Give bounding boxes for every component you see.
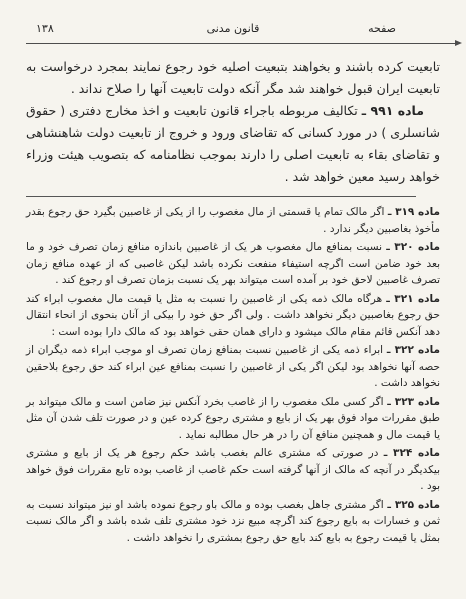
- article-number: ماده ۳۲۴ ـ: [384, 447, 440, 459]
- article-text: هرگاه مالک ذمه یکی از غاصبین را نسبت به …: [26, 293, 440, 338]
- article-text: اگر مالک تمام یا قسمتی از مال مغصوب را ا…: [26, 206, 440, 235]
- continuation-text: تابعیت کرده باشند و بخواهند بتبعیت اصلیه…: [26, 59, 440, 96]
- footnote-article-324: ماده ۳۲۴ ـ در صورتی که مشتری عالم بغصب ب…: [26, 445, 440, 495]
- article-number: ماده ۳۲۵ ـ: [387, 499, 440, 511]
- arrow-right-icon: [455, 40, 462, 46]
- footnote-article-321: ماده ۳۲۱ ـ هرگاه مالک ذمه یکی از غاصبین …: [26, 291, 440, 341]
- continuation-paragraph: تابعیت کرده باشند و بخواهند بتبعیت اصلیه…: [26, 56, 440, 100]
- footnote-divider: [26, 196, 416, 197]
- article-number: ماده ۳۲۳ ـ: [387, 396, 440, 408]
- footnote-article-323: ماده ۳۲۳ ـ اگر کسی ملک مغصوب را از غاصب …: [26, 394, 440, 444]
- header-rule: [26, 43, 457, 44]
- main-text-section: تابعیت کرده باشند و بخواهند بتبعیت اصلیه…: [26, 56, 440, 188]
- article-text: در صورتی که مشتری عالم بغصب باشد حکم رجو…: [26, 447, 440, 492]
- header-book-title: قانون مدنی: [0, 22, 466, 35]
- footnote-article-320: ماده ۳۲۰ ـ نسبت بمنافع مال مغصوب هر یک ا…: [26, 239, 440, 289]
- article-number: ماده ۹۹۱ ـ: [362, 103, 424, 118]
- article-number: ماده ۳۲۱ ـ: [386, 293, 440, 305]
- page-header: صفحه قانون مدنی ۱۳۸: [0, 22, 466, 38]
- article-text: اگر کسی ملک مغصوب را از غاصب بخرد آنکس ن…: [26, 396, 440, 441]
- header-page-number: ۱۳۸: [36, 22, 54, 35]
- footnotes-section: ماده ۳۱۹ ـ اگر مالک تمام یا قسمتی از مال…: [26, 204, 440, 546]
- page-content: تابعیت کرده باشند و بخواهند بتبعیت اصلیه…: [26, 56, 440, 548]
- footnote-article-325: ماده ۳۲۵ ـ اگر مشتری جاهل بغصب بوده و ما…: [26, 497, 440, 547]
- article-number: ماده ۳۱۹ ـ: [388, 206, 440, 218]
- scanned-book-page: صفحه قانون مدنی ۱۳۸ تابعیت کرده باشند و …: [0, 0, 466, 599]
- footnote-article-322: ماده ۳۲۲ ـ ابراء ذمه یکی از غاصبین نسبت …: [26, 342, 440, 392]
- article-text: نسبت بمنافع مال مغصوب هر یک از غاصبین با…: [26, 241, 440, 286]
- article-text: اگر مشتری جاهل بغصب بوده و مالک باو رجوع…: [26, 499, 440, 544]
- article-number: ماده ۳۲۲ ـ: [387, 344, 440, 356]
- article-991-paragraph: ماده ۹۹۱ ـ تکالیف مربوطه باجراء قانون تا…: [26, 100, 440, 188]
- article-text: ابراء ذمه یکی از غاصبین نسبت بمنافع زمان…: [26, 344, 440, 389]
- footnote-article-319: ماده ۳۱۹ ـ اگر مالک تمام یا قسمتی از مال…: [26, 204, 440, 237]
- article-number: ماده ۳۲۰ ـ: [386, 241, 440, 253]
